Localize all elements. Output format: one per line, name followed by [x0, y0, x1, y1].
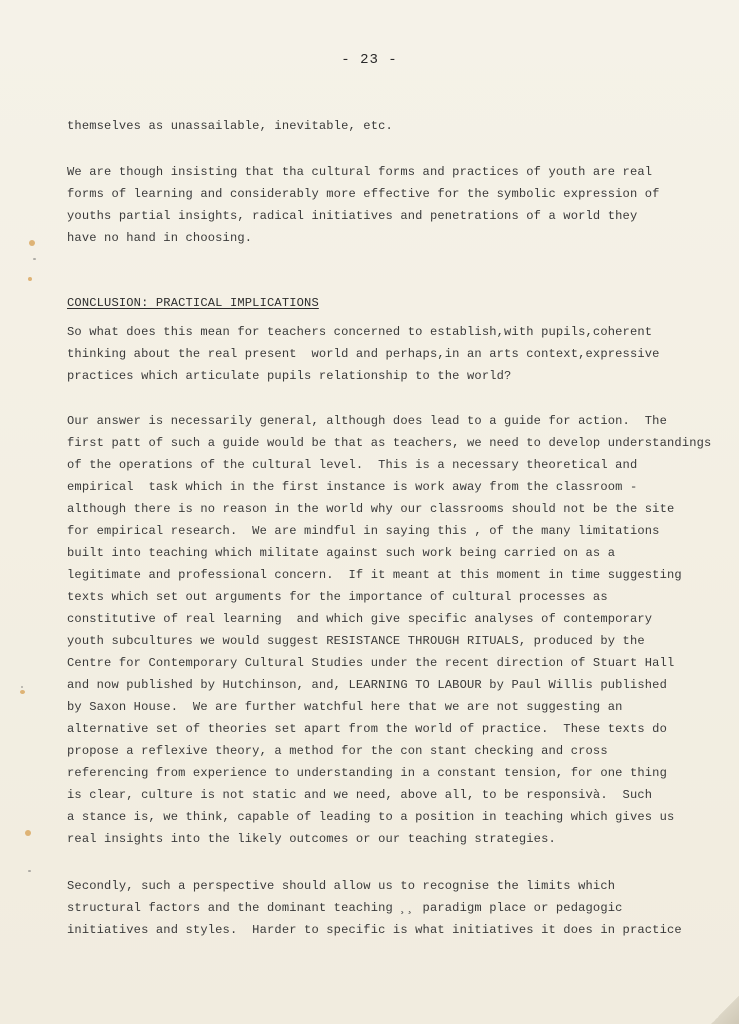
text-line: have no hand in choosing. [67, 231, 252, 245]
text-line: although there is no reason in the world… [67, 502, 674, 516]
text-line: So what does this mean for teachers conc… [67, 325, 652, 339]
text-line: of the operations of the cultural level.… [67, 458, 637, 472]
text-line: thinking about the real present world an… [67, 347, 660, 361]
text-line: is clear, culture is not static and we n… [67, 788, 652, 802]
text-line: We are though insisting that thа cultura… [67, 165, 652, 179]
text-line: propose a reflexive theory, a method for… [67, 744, 608, 758]
text-line: real insights into the likely outcomes o… [67, 832, 556, 846]
document-page: - 23 - themselves as unassailable, inevi… [0, 0, 739, 1024]
text-line: empirical task which in the first instan… [67, 480, 637, 494]
paper-mark [21, 686, 23, 688]
paper-mark [33, 258, 36, 260]
text-line: themselves as unassailable, inevitable, … [67, 119, 393, 133]
section-heading: CONCLUSION: PRACTICAL IMPLICATIONS [67, 296, 319, 310]
paper-stain [20, 690, 25, 694]
text-line: structural factors and the dominant teac… [67, 901, 623, 915]
text-line: initiatives and styles. Harder to specif… [67, 923, 682, 937]
text-line: practices which articulate pupils relati… [67, 369, 511, 383]
paper-stain [29, 240, 35, 246]
text-line: Centre for Contemporary Cultural Studies… [67, 656, 674, 670]
text-line: constitutive of real learning and which … [67, 612, 652, 626]
text-line: first patt of such a guide would be that… [67, 436, 711, 450]
text-line: youth subcultures we would suggest RESIS… [67, 634, 645, 648]
paper-stain [28, 277, 32, 281]
page-number: - 23 - [0, 52, 739, 68]
text-line: and now published by Hutchinson, and, LE… [67, 678, 667, 692]
text-line: by Saxon House. We are further watchful … [67, 700, 623, 714]
text-line: youths partial insights, radical initiat… [67, 209, 637, 223]
text-line: forms of learning and considerably more … [67, 187, 660, 201]
text-line: legitimate and professional concern. If … [67, 568, 682, 582]
text-line: referencing from experience to understan… [67, 766, 667, 780]
paper-mark [28, 870, 31, 872]
text-line: Secondly, such a perspective should allo… [67, 879, 615, 893]
text-line: texts which set out arguments for the im… [67, 590, 608, 604]
page-corner [711, 996, 739, 1024]
paper-stain [25, 830, 31, 836]
text-line: for empirical research. We are mindful i… [67, 524, 660, 538]
text-line: Our answer is necessarily general, altho… [67, 414, 667, 428]
text-line: alternative set of theories set apart fr… [67, 722, 667, 736]
text-line: a stance is, we think, capable of leadin… [67, 810, 674, 824]
text-line: built into teaching which militate again… [67, 546, 615, 560]
